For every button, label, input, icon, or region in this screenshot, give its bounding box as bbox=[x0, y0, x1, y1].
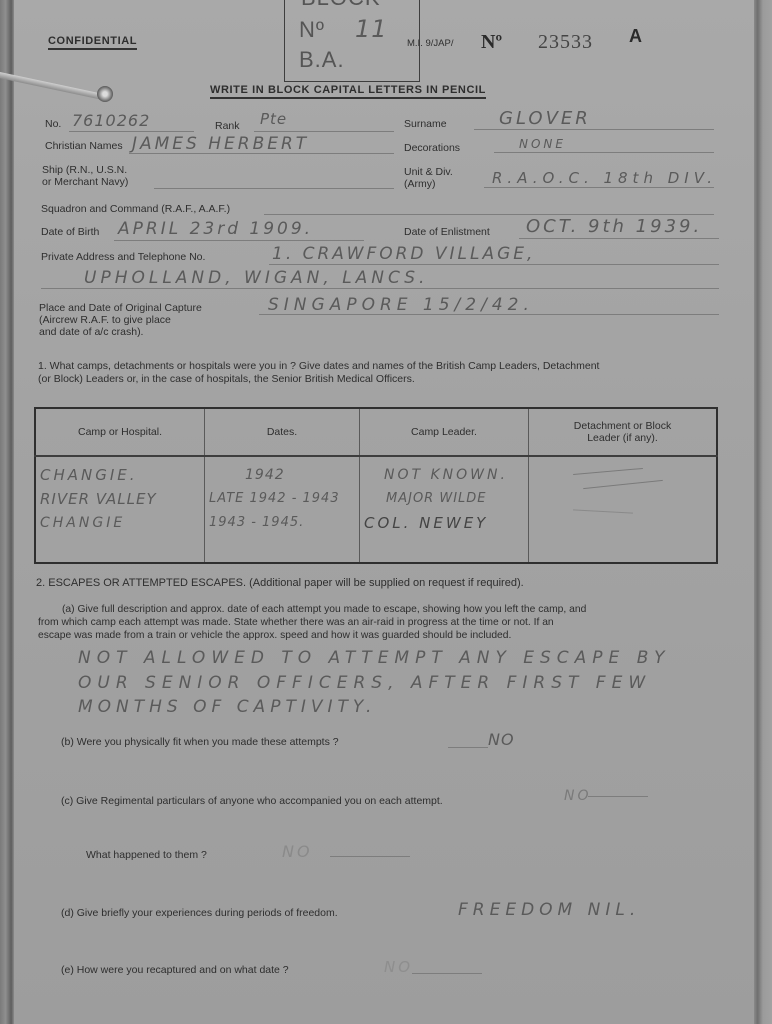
section2-title: 2. ESCAPES OR ATTEMPTED ESCAPES. (Additi… bbox=[36, 577, 524, 590]
squadron-field[interactable] bbox=[264, 214, 714, 215]
section2a-line2: from which camp each attempt was made. S… bbox=[38, 617, 554, 628]
block-leader-cell[interactable] bbox=[529, 456, 718, 563]
camp-cell[interactable]: CHANGIE. RIVER VALLEY CHANGIE bbox=[35, 456, 205, 563]
column-header-block-leader: Detachment or Block Leader (if any). bbox=[529, 408, 718, 456]
section2a-answer-line1: NOT ALLOWED TO ATTEMPT ANY ESCAPE BY bbox=[78, 645, 670, 671]
section2a-line1: (a) Give full description and approx. da… bbox=[38, 604, 586, 615]
camp-leader-cell[interactable]: NOT KNOWN. MAJOR WILDE COL. NEWEY bbox=[360, 456, 529, 563]
dates-row-2: LATE 1942 - 1943 bbox=[209, 487, 355, 511]
camp-row-3: CHANGIE bbox=[40, 511, 200, 535]
date-of-birth-value[interactable]: APRIL 23rd 1909. bbox=[118, 219, 313, 239]
stamp-no-label: Nº bbox=[299, 17, 325, 43]
form-reference: M.I. 9/JAP/ bbox=[407, 38, 453, 49]
ship-label-line2: or Merchant Navy) bbox=[42, 176, 128, 188]
date-of-enlistment-label: Date of Enlistment bbox=[404, 226, 490, 238]
number-label: Nº bbox=[481, 31, 502, 54]
date-of-birth-label: Date of Birth bbox=[41, 226, 99, 238]
camp-row-1: CHANGIE. bbox=[40, 463, 200, 487]
unit-div-label-line1: Unit & Div. bbox=[404, 166, 453, 178]
unit-div-value[interactable]: R.A.O.C. 18th DIV. bbox=[492, 169, 717, 187]
table-header-row: Camp or Hospital. Dates. Camp Leader. De… bbox=[35, 408, 717, 456]
address-line2[interactable]: UPHOLLAND, WIGAN, LANCS. bbox=[84, 268, 428, 288]
stamp-unit: B.A. bbox=[299, 47, 345, 73]
capture-label-line1: Place and Date of Original Capture bbox=[39, 302, 202, 314]
dates-cell[interactable]: 1942 LATE 1942 - 1943 1943 - 1945. bbox=[205, 456, 360, 563]
rank-label: Rank bbox=[215, 120, 240, 132]
section2c-followup-answer[interactable]: NO bbox=[282, 842, 313, 861]
section2e-answer[interactable]: NO bbox=[384, 958, 413, 976]
leader-row-1: NOT KNOWN. bbox=[364, 463, 524, 487]
section2e-question: (e) How were you recaptured and on what … bbox=[61, 964, 289, 977]
section1-question-line1: 1. What camps, detachments or hospitals … bbox=[38, 360, 599, 372]
section2d-question: (d) Give briefly your experiences during… bbox=[61, 907, 338, 920]
section2a-answer[interactable]: NOT ALLOWED TO ATTEMPT ANY ESCAPE BY OUR… bbox=[78, 645, 670, 719]
section2c-question: (c) Give Regimental particulars of anyon… bbox=[61, 795, 443, 808]
block-leader-dash-3 bbox=[573, 509, 633, 513]
camp-row-2: RIVER VALLEY bbox=[40, 487, 200, 511]
squadron-label: Squadron and Command (R.A.F., A.A.F.) bbox=[41, 203, 230, 215]
christian-names-value[interactable]: JAMES HERBERT bbox=[132, 134, 309, 154]
block-leader-dash-1 bbox=[573, 468, 643, 475]
block-stamp: BLOCK Nº 11 B.A. bbox=[284, 0, 420, 82]
ship-label-line1: Ship (R.N., U.S.N. bbox=[42, 164, 127, 176]
section1-question: 1. What camps, detachments or hospitals … bbox=[38, 360, 728, 386]
unit-div-label-line2: (Army) bbox=[404, 178, 436, 190]
section2a-question: (a) Give full description and approx. da… bbox=[38, 603, 738, 642]
section2a-answer-line2: OUR SENIOR OFFICERS, AFTER FIRST FEW bbox=[78, 671, 670, 695]
no-label: No. bbox=[45, 118, 61, 130]
column-header-dates: Dates. bbox=[205, 408, 360, 456]
capture-label-line2: (Aircrew R.A.F. to give place bbox=[39, 314, 171, 326]
capture-value[interactable]: SINGAPORE 15/2/42. bbox=[268, 295, 534, 315]
section2b-answer[interactable]: NO bbox=[488, 730, 515, 749]
page-edge bbox=[754, 0, 772, 1024]
block-leader-dash-2 bbox=[583, 480, 663, 489]
ship-label: Ship (R.N., U.S.N. or Merchant Navy) bbox=[42, 164, 128, 188]
leader-row-3: COL. NEWEY bbox=[364, 511, 524, 535]
serial-number: 23533 bbox=[538, 31, 593, 54]
capture-label-line3: and date of a/c crash). bbox=[39, 326, 143, 338]
unit-div-label: Unit & Div. (Army) bbox=[404, 166, 453, 190]
string-knot bbox=[97, 86, 113, 102]
section2c-followup-question: What happened to them ? bbox=[86, 849, 207, 862]
leader-row-2: MAJOR WILDE bbox=[364, 487, 524, 511]
section2d-answer[interactable]: FREEDOM NIL. bbox=[458, 900, 640, 920]
decorations-label: Decorations bbox=[404, 142, 460, 154]
section2a-answer-line3: MONTHS OF CAPTIVITY. bbox=[78, 695, 670, 719]
document-page: CONFIDENTIAL BLOCK Nº 11 B.A. M.I. 9/JAP… bbox=[14, 0, 754, 1024]
series-letter: A bbox=[629, 26, 642, 47]
binding-edge bbox=[0, 0, 14, 1024]
table-body: CHANGIE. RIVER VALLEY CHANGIE 1942 LATE … bbox=[35, 456, 717, 563]
capture-label: Place and Date of Original Capture (Airc… bbox=[39, 302, 202, 338]
section1-question-line2: (or Block) Leaders or, in the case of ho… bbox=[38, 373, 415, 385]
surname-label: Surname bbox=[404, 118, 447, 130]
dates-row-3: 1943 - 1945. bbox=[209, 511, 355, 535]
no-value[interactable]: 7610262 bbox=[72, 111, 150, 130]
address-label: Private Address and Telephone No. bbox=[41, 251, 205, 263]
stamp-top-text: BLOCK bbox=[301, 0, 381, 11]
column-header-camp-leader: Camp Leader. bbox=[360, 408, 529, 456]
section2b-question: (b) Were you physically fit when you mad… bbox=[61, 736, 339, 749]
section2a-line3: escape was made from a train or vehicle … bbox=[38, 630, 511, 641]
address-line1[interactable]: 1. CRAWFORD VILLAGE, bbox=[272, 244, 535, 264]
date-of-enlistment-value[interactable]: OCT. 9th 1939. bbox=[526, 216, 702, 237]
confidential-label: CONFIDENTIAL bbox=[48, 35, 137, 50]
column-header-camp: Camp or Hospital. bbox=[35, 408, 205, 456]
stamp-no-value: 11 bbox=[355, 15, 388, 43]
surname-value[interactable]: GLOVER bbox=[499, 108, 591, 129]
decorations-value[interactable]: NONE bbox=[519, 137, 566, 151]
ship-field[interactable] bbox=[154, 188, 394, 189]
camps-table: Camp or Hospital. Dates. Camp Leader. De… bbox=[34, 407, 718, 564]
pencil-instruction: WRITE IN BLOCK CAPITAL LETTERS IN PENCIL bbox=[210, 84, 486, 99]
rank-value[interactable]: Pte bbox=[260, 110, 287, 128]
dates-row-1: 1942 bbox=[209, 463, 355, 487]
christian-names-label: Christian Names bbox=[45, 140, 123, 152]
